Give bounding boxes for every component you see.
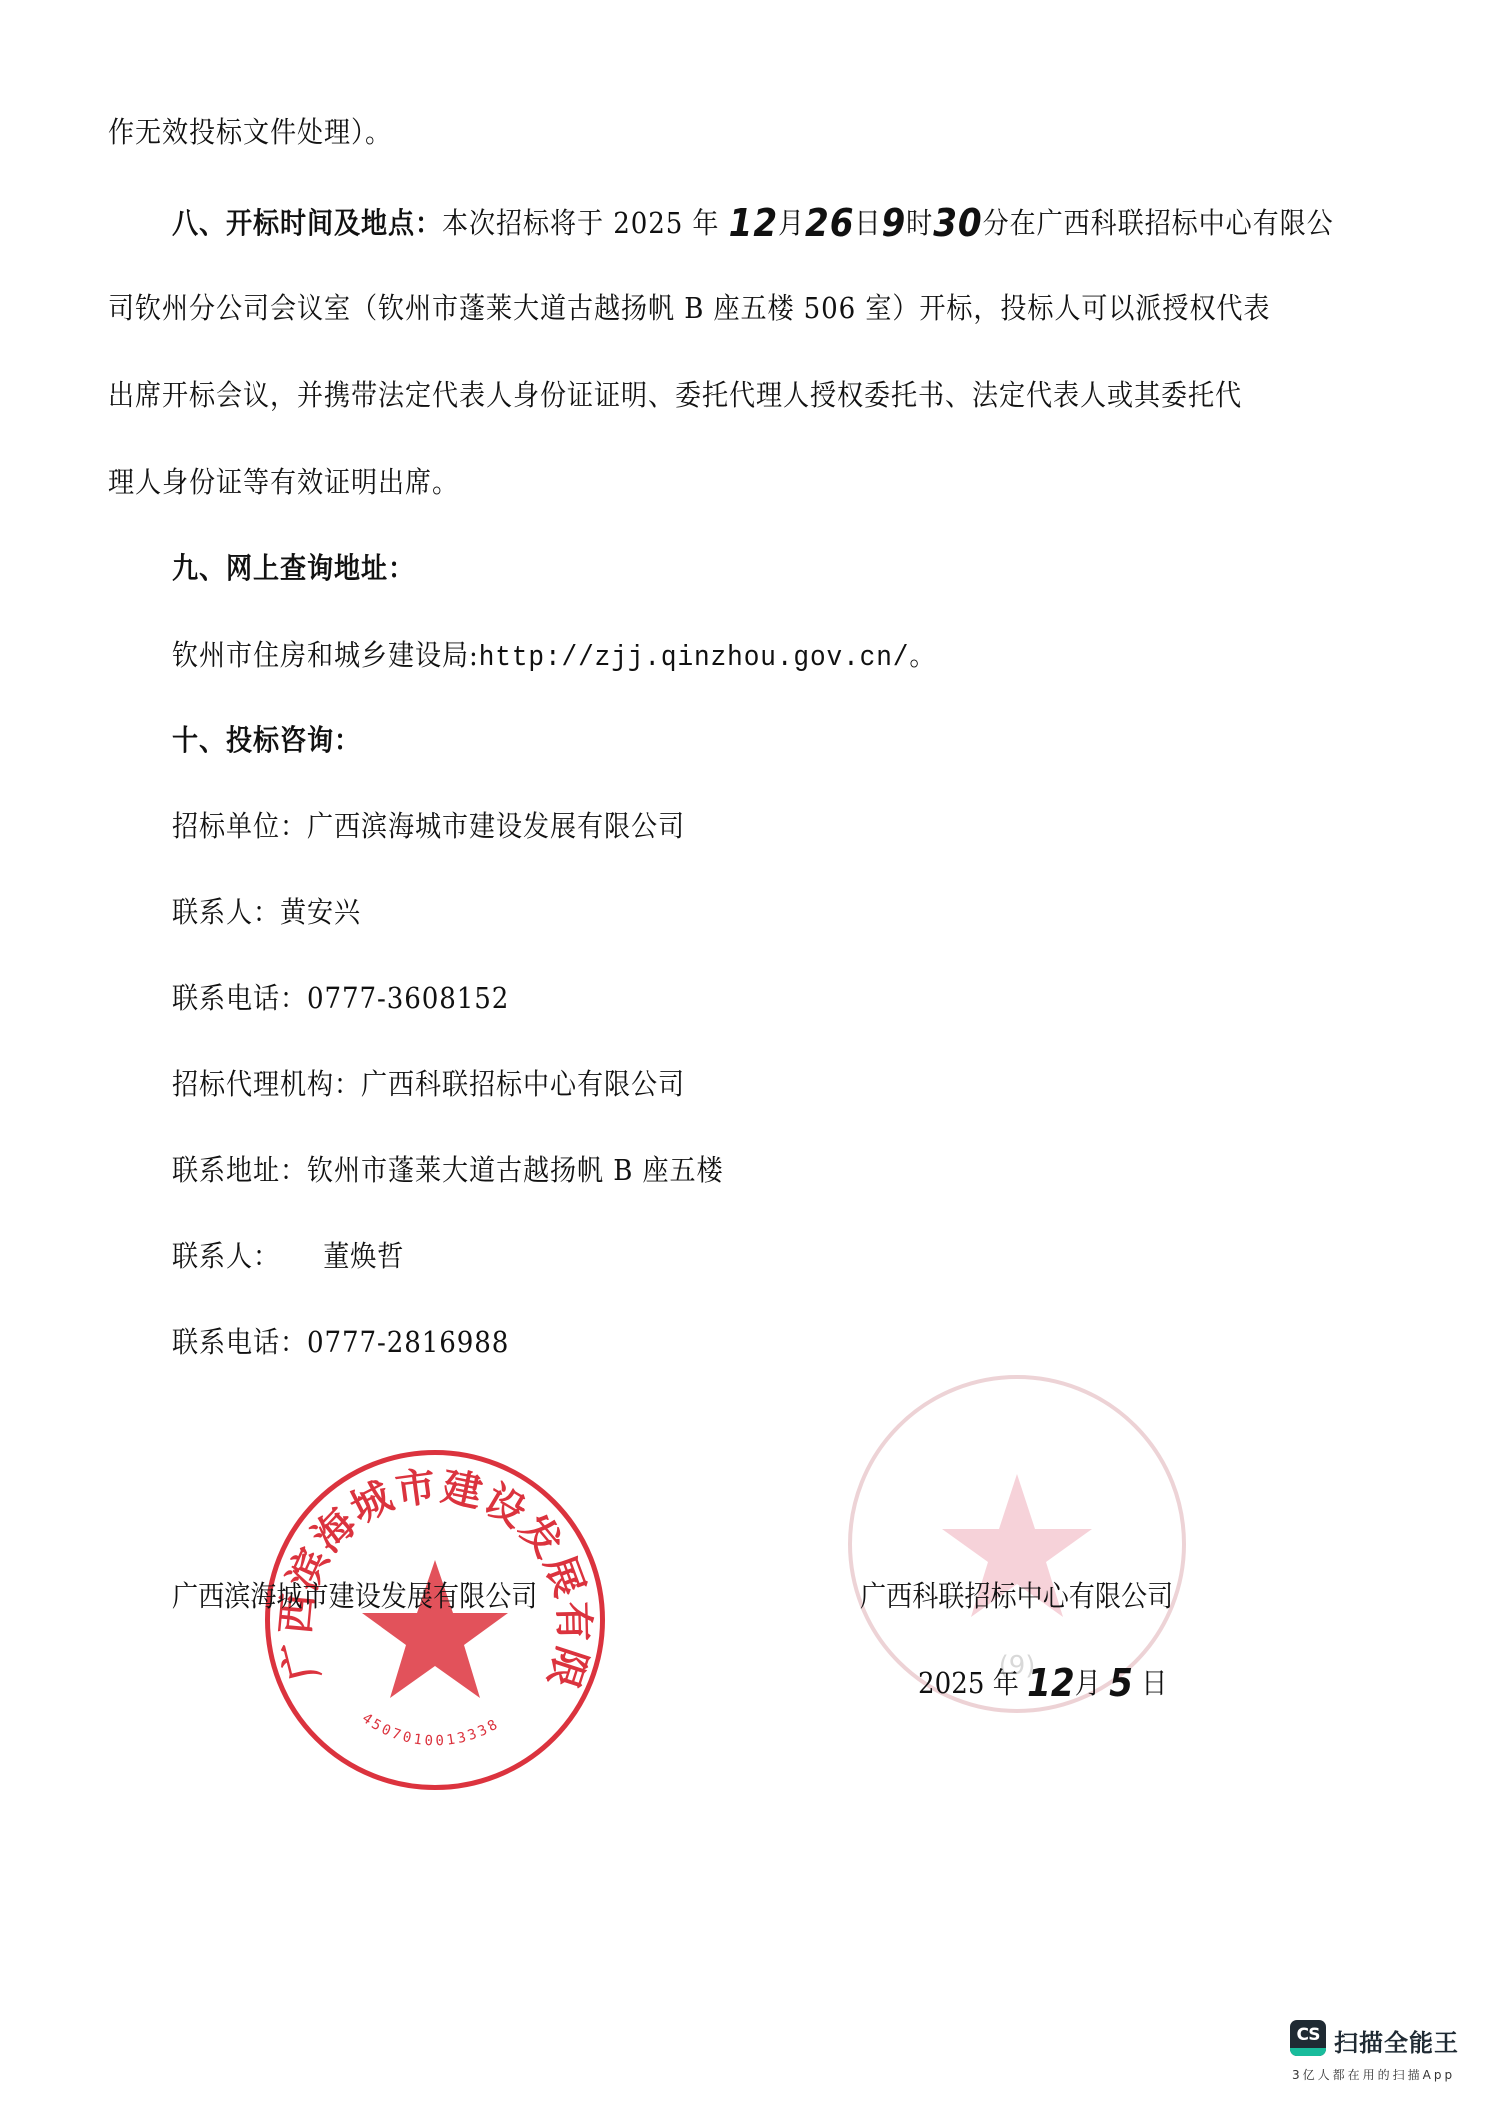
contact-label: 联系电话： <box>172 1325 307 1359</box>
contact-item-agency: 招标代理机构：广西科联招标中心有限公司 <box>172 1064 685 1104</box>
signature-right-company: 广西科联招标中心有限公司 <box>860 1576 1173 1616</box>
section-8-line-4: 理人身份证等有效证明出席。 <box>108 462 459 502</box>
section-8-text-tail: 分在广西科联招标中心有限公 <box>983 206 1334 240</box>
contact-value: 广西滨海城市建设发展有限公司 <box>307 809 685 843</box>
continuation-line: 作无效投标文件处理）。 <box>108 112 392 152</box>
section-8-heading: 八、开标时间及地点： <box>172 206 442 240</box>
hour-label: 时 <box>906 206 933 240</box>
signature-left-company: 广西滨海城市建设发展有限公司 <box>172 1576 537 1616</box>
contact-value: 广西科联招标中心有限公司 <box>361 1067 685 1101</box>
section-8-line-2: 司钦州分公司会议室（钦州市蓬莱大道古越扬帆 B 座五楼 506 室）开标，投标人… <box>108 288 1270 328</box>
watermark-subtitle: 3亿人都在用的扫描App <box>1292 2066 1455 2083</box>
query-address-line: 钦州市住房和城乡建设局:http://zjj.qinzhou.gov.cn/。 <box>172 635 936 678</box>
section-8-line-1: 八、开标时间及地点：本次招标将于 2025 年 12月26日9时30分在广西科联… <box>172 200 1334 243</box>
handwritten-hour: 9 <box>881 203 906 243</box>
date-month-label: 月 <box>1075 1666 1101 1700</box>
handwritten-month: 12 <box>729 203 778 243</box>
query-url[interactable]: http://zjj.qinzhou.gov.cn/ <box>479 641 910 674</box>
handwritten-day: 26 <box>805 203 854 243</box>
section-8-line-3: 出席开标会议，并携带法定代表人身份证证明、委托代理人授权委托书、法定代表人或其委… <box>108 375 1242 415</box>
contact-label: 招标代理机构： <box>172 1067 361 1101</box>
seal-binhai: 广西滨海城市建设发展有限公司 4507010013338 <box>265 1450 605 1790</box>
query-address-label: 钦州市住房和城乡建设局: <box>172 638 479 672</box>
contact-value: 0777-3608152 <box>307 981 509 1015</box>
watermark-title: 扫描全能王 <box>1334 2023 1459 2058</box>
logo-text: CS <box>1290 2025 1326 2045</box>
svg-text:4507010013338: 4507010013338 <box>359 1710 503 1749</box>
contact-item-address: 联系地址：钦州市蓬莱大道古越扬帆 B 座五楼 <box>172 1150 723 1190</box>
contact-value: 董焕哲 <box>323 1239 404 1273</box>
period: 。 <box>909 638 936 672</box>
handwritten-date-day: 5 <box>1109 1663 1133 1703</box>
day-label: 日 <box>854 206 881 240</box>
camscanner-logo-icon: CS <box>1290 2020 1326 2056</box>
handwritten-minute: 30 <box>933 203 982 243</box>
contact-label: 招标单位： <box>172 809 307 843</box>
contact-item-tenderer: 招标单位：广西滨海城市建设发展有限公司 <box>172 806 685 846</box>
contact-value: 钦州市蓬莱大道古越扬帆 B 座五楼 <box>307 1153 723 1187</box>
contact-label: 联系电话： <box>172 981 307 1015</box>
signature-date: 2025 年 12月 5 日 <box>918 1660 1167 1703</box>
date-year: 2025 年 <box>918 1666 1019 1700</box>
contact-label: 联系人： <box>172 895 280 929</box>
contact-item-phone-2: 联系电话：0777-2816988 <box>172 1322 509 1362</box>
contact-item-phone-1: 联系电话：0777-3608152 <box>172 978 509 1018</box>
seal-binhai-star-icon: 广西滨海城市建设发展有限公司 4507010013338 <box>270 1455 600 1785</box>
section-8-text: 本次招标将于 2025 年 <box>442 206 719 240</box>
contact-label: 联系人： <box>172 1239 280 1273</box>
contact-label: 联系地址： <box>172 1153 307 1187</box>
section-10-heading: 十、投标咨询： <box>172 720 361 760</box>
month-label: 月 <box>778 206 805 240</box>
contact-value: 黄安兴 <box>280 895 361 929</box>
handwritten-date-month: 12 <box>1027 1663 1075 1703</box>
section-9-heading: 九、网上查询地址： <box>172 548 415 588</box>
contact-value: 0777-2816988 <box>307 1325 509 1359</box>
date-day-label: 日 <box>1141 1666 1167 1700</box>
camscanner-watermark: CS 扫描全能王 3亿人都在用的扫描App <box>1290 2020 1480 2100</box>
contact-item-person-1: 联系人：黄安兴 <box>172 892 361 932</box>
logo-accent-bar <box>1290 2048 1326 2056</box>
contact-item-person-2: 联系人：董焕哲 <box>172 1236 404 1276</box>
